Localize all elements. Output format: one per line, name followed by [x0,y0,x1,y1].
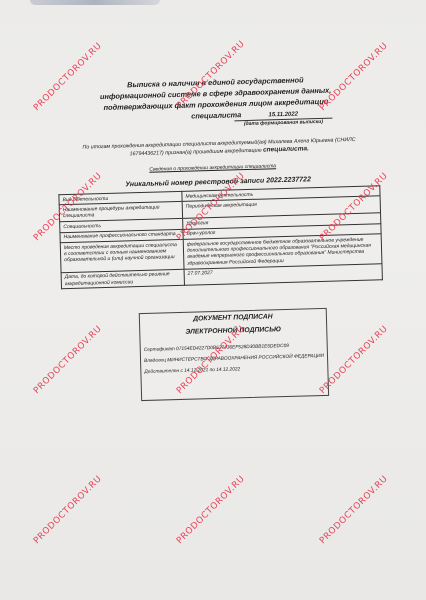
e-signature-stamp: ДОКУМЕНТ ПОДПИСАН ЭЛЕКТРОННОЙ ПОДПИСЬЮ С… [139,308,329,401]
section-title: Сведения о прохождении аккредитации спец… [58,161,368,176]
row-label: Дата, до которой действительно решение а… [61,269,184,289]
intro-emphasis: специалиста. [263,145,309,153]
signature-heading: ДОКУМЕНТ ПОДПИСАН [140,312,326,324]
certificate-number: Сертификат 07154ED4227D0B637436EF528D30B… [141,343,327,354]
row-label: Место проведения аккредитации специалист… [60,239,184,272]
intro-paragraph: По итогам прохождения аккредитации специ… [69,136,369,160]
certificate-owner: Владелец МИНИСТЕРСТВО ЗДРАВООХРАНЕНИЯ РО… [141,354,327,365]
certificate-validity: Действителен с 14.12.2021 по 14.12.2022 [141,365,327,376]
intro-text: По итогам прохождения аккредитации специ… [82,137,355,157]
issue-date-caption: (дата формирования выписки) [234,119,332,128]
